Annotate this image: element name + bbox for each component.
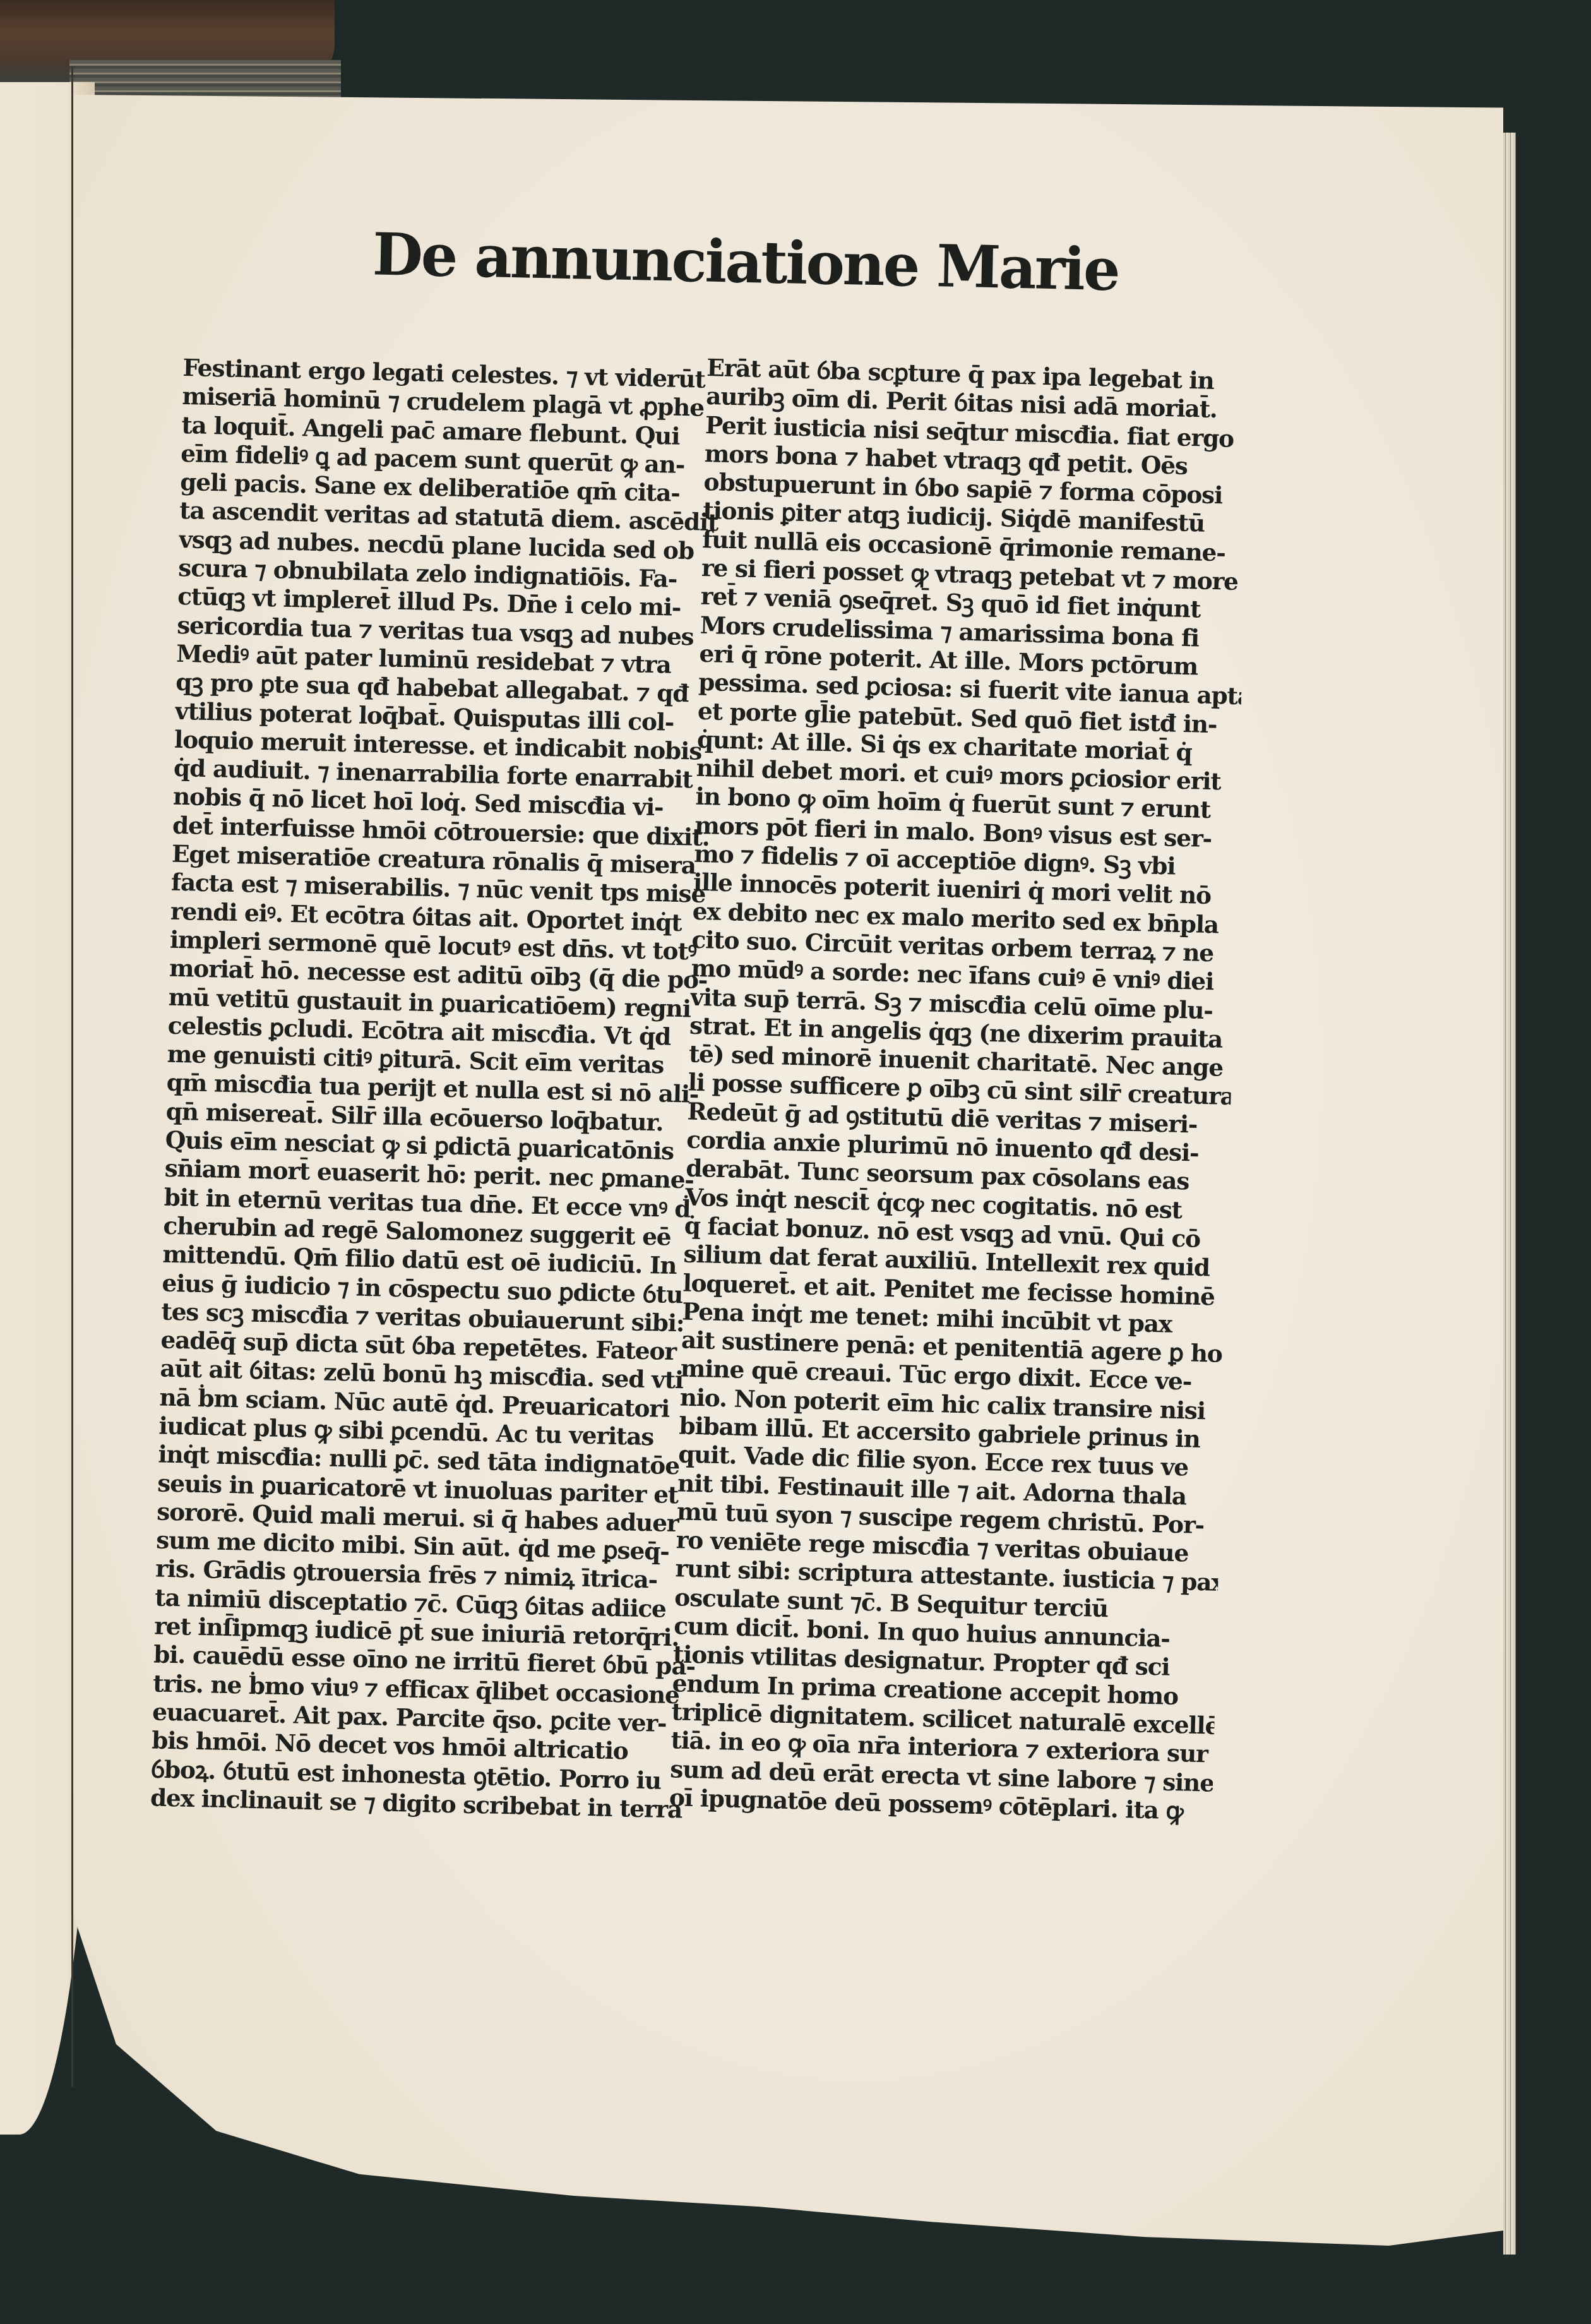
fore-edge-leaves — [1503, 133, 1516, 2255]
text-column-right: Erāt aūt ỽba scꝑture q̄ pax ipa legebat … — [669, 354, 1250, 1826]
gutter — [71, 66, 73, 2087]
text-column-left: Festinant ergo legati celestes. ⁊ vt vid… — [150, 354, 726, 1824]
running-head: De annunciatione Marie — [372, 220, 1068, 310]
page-block-top-edge — [69, 60, 341, 101]
